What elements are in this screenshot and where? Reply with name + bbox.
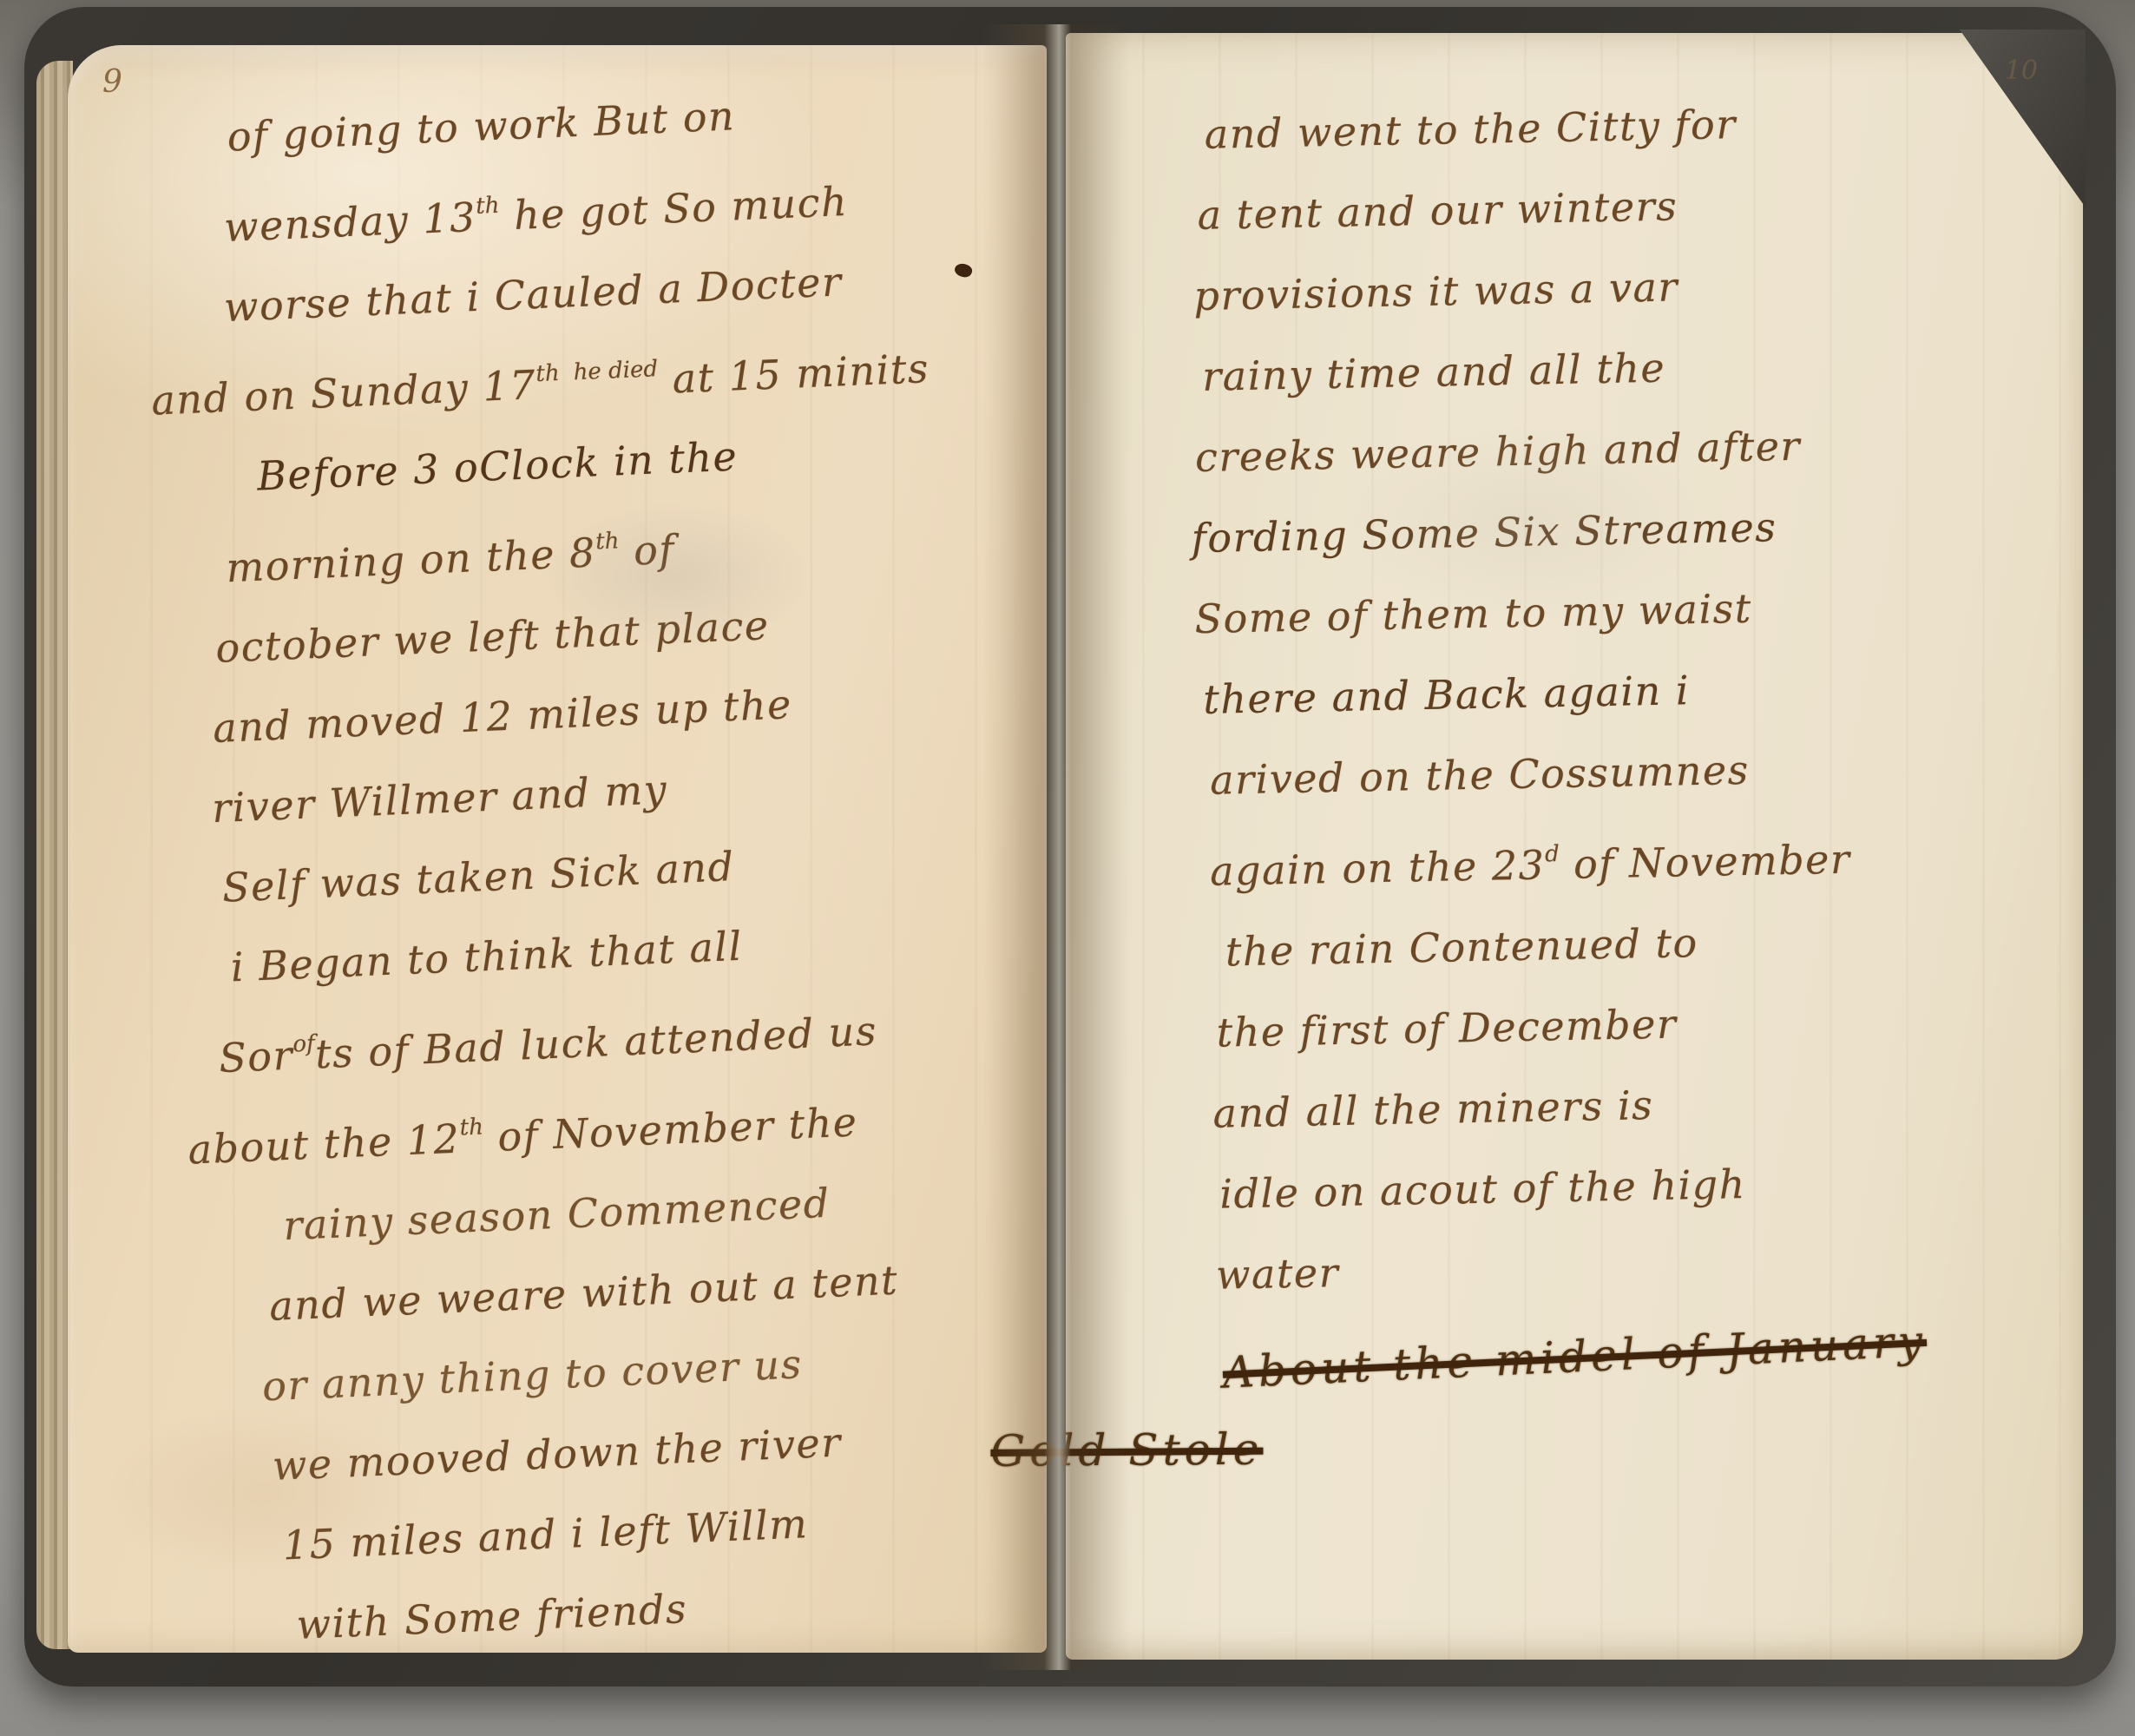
line-text: and all the miners is: [1212, 1082, 1654, 1137]
line-text: i Began to think that all: [230, 923, 744, 991]
line-text: creeks weare high and after: [1194, 423, 1801, 481]
manuscript-line: rainy time and all the: [1153, 325, 1842, 418]
line-text: worse that i Cauled a Docter: [223, 258, 843, 331]
line-text: 15 miles and i left Willm: [282, 1500, 810, 1568]
left-page-number: 9: [102, 64, 122, 100]
line-text: wensday 13: [223, 194, 477, 251]
diary-scan-photo: 9 of going to work But onwensday 13th he…: [0, 0, 2135, 1736]
line-text: he got So much: [499, 178, 849, 240]
line-text: water: [1216, 1249, 1340, 1299]
line-text: Self was taken Sick and: [221, 843, 736, 911]
line-text: Before 3 oClock in the: [256, 432, 739, 499]
line-text: provisions it was a var: [1193, 263, 1678, 319]
right-page-number: 10: [2005, 56, 2038, 86]
manuscript-line: the first of December: [1166, 981, 1855, 1075]
line-text: and on Sunday 17: [150, 361, 537, 424]
crossed-out-text: About the midel of January: [1222, 1316, 1928, 1398]
superscript-text: th: [535, 360, 560, 387]
manuscript-line: and all the miners is: [1167, 1062, 1856, 1155]
line-text: and moved 12 miles up the: [212, 681, 793, 752]
line-text: and we weare with out a tent: [268, 1257, 899, 1330]
line-text: again on the 23: [1210, 841, 1546, 894]
line-text: morning on the 8: [225, 529, 596, 591]
manuscript-line: the rain Contenued to: [1164, 900, 1853, 994]
line-text: the first of December: [1216, 1001, 1678, 1056]
line-text: arived on the Cossumnes: [1210, 746, 1751, 804]
line-text: river Willmer and my: [211, 766, 668, 832]
left-page: 9 of going to work But onwensday 13th he…: [68, 45, 1047, 1653]
manuscript-line: and went to the Citty for: [1148, 82, 1837, 176]
manuscript-line: water: [1170, 1223, 1859, 1317]
line-text: Some of them to my waist: [1194, 585, 1752, 642]
superscript-text: th: [459, 1114, 483, 1141]
superscript-text: d: [1545, 841, 1560, 867]
line-text: october we left that place: [214, 602, 770, 672]
line-text: a tent and our winters: [1197, 182, 1678, 239]
inserted-text: he died: [573, 356, 659, 385]
manuscript-line: provisions it was a var: [1152, 244, 1841, 338]
line-text: rainy time and all the: [1202, 345, 1666, 400]
line-text: we mooved down the river: [272, 1418, 843, 1489]
line-text: idle on acout of the high: [1219, 1161, 1746, 1218]
right-page-text: and went to the Citty fora tent and our …: [1148, 82, 1859, 1317]
right-page: 10 and went to the Citty fora tent and o…: [1066, 33, 2083, 1660]
line-text: of: [619, 526, 676, 575]
line-text: and went to the Citty for: [1204, 101, 1737, 158]
line-text: rainy season Commenced: [282, 1180, 831, 1249]
line-text: about the 12: [187, 1115, 462, 1174]
crossed-out-section: About the midel of JanuaryGold Stole: [1117, 1305, 1930, 1501]
manuscript-line: a tent and our winters: [1150, 163, 1839, 257]
manuscript-line: arived on the Cossumnes: [1160, 728, 1849, 822]
book-gutter: [982, 24, 1130, 1670]
line-text: at 15 minits: [657, 345, 930, 403]
manuscript-line: idle on acout of the high: [1168, 1142, 1857, 1236]
superscript-text: th: [476, 193, 500, 220]
manuscript-line: again on the 23d of November: [1162, 809, 1851, 913]
line-text: ts of Bad luck attended us: [314, 1007, 878, 1077]
crossed-out-line: Gold Stole: [990, 1401, 1929, 1495]
superscript-text: of: [292, 1030, 316, 1057]
manuscript-line: Some of them to my waist: [1158, 567, 1847, 661]
line-text: of November: [1559, 836, 1850, 888]
manuscript-line: fording Some Six Streames: [1156, 486, 1845, 580]
line-text: the rain Contenued to: [1225, 919, 1698, 975]
superscript-text: th: [595, 528, 620, 555]
ink-blot: [953, 261, 974, 279]
line-text: there and Back again i: [1203, 667, 1691, 723]
line-text: with Some friends: [296, 1585, 688, 1648]
line-text: or anny thing to cover us: [261, 1340, 804, 1410]
left-page-text: of going to work But onwensday 13th he g…: [139, 68, 982, 1668]
line-text: of going to work But on: [227, 92, 736, 160]
line-text: Sor: [218, 1032, 294, 1082]
manuscript-line: creeks weare high and after: [1154, 405, 1843, 499]
manuscript-line: there and Back again i: [1159, 648, 1848, 741]
line-text: fording Some Six Streames: [1191, 503, 1777, 562]
line-text: of November the: [483, 1098, 858, 1161]
